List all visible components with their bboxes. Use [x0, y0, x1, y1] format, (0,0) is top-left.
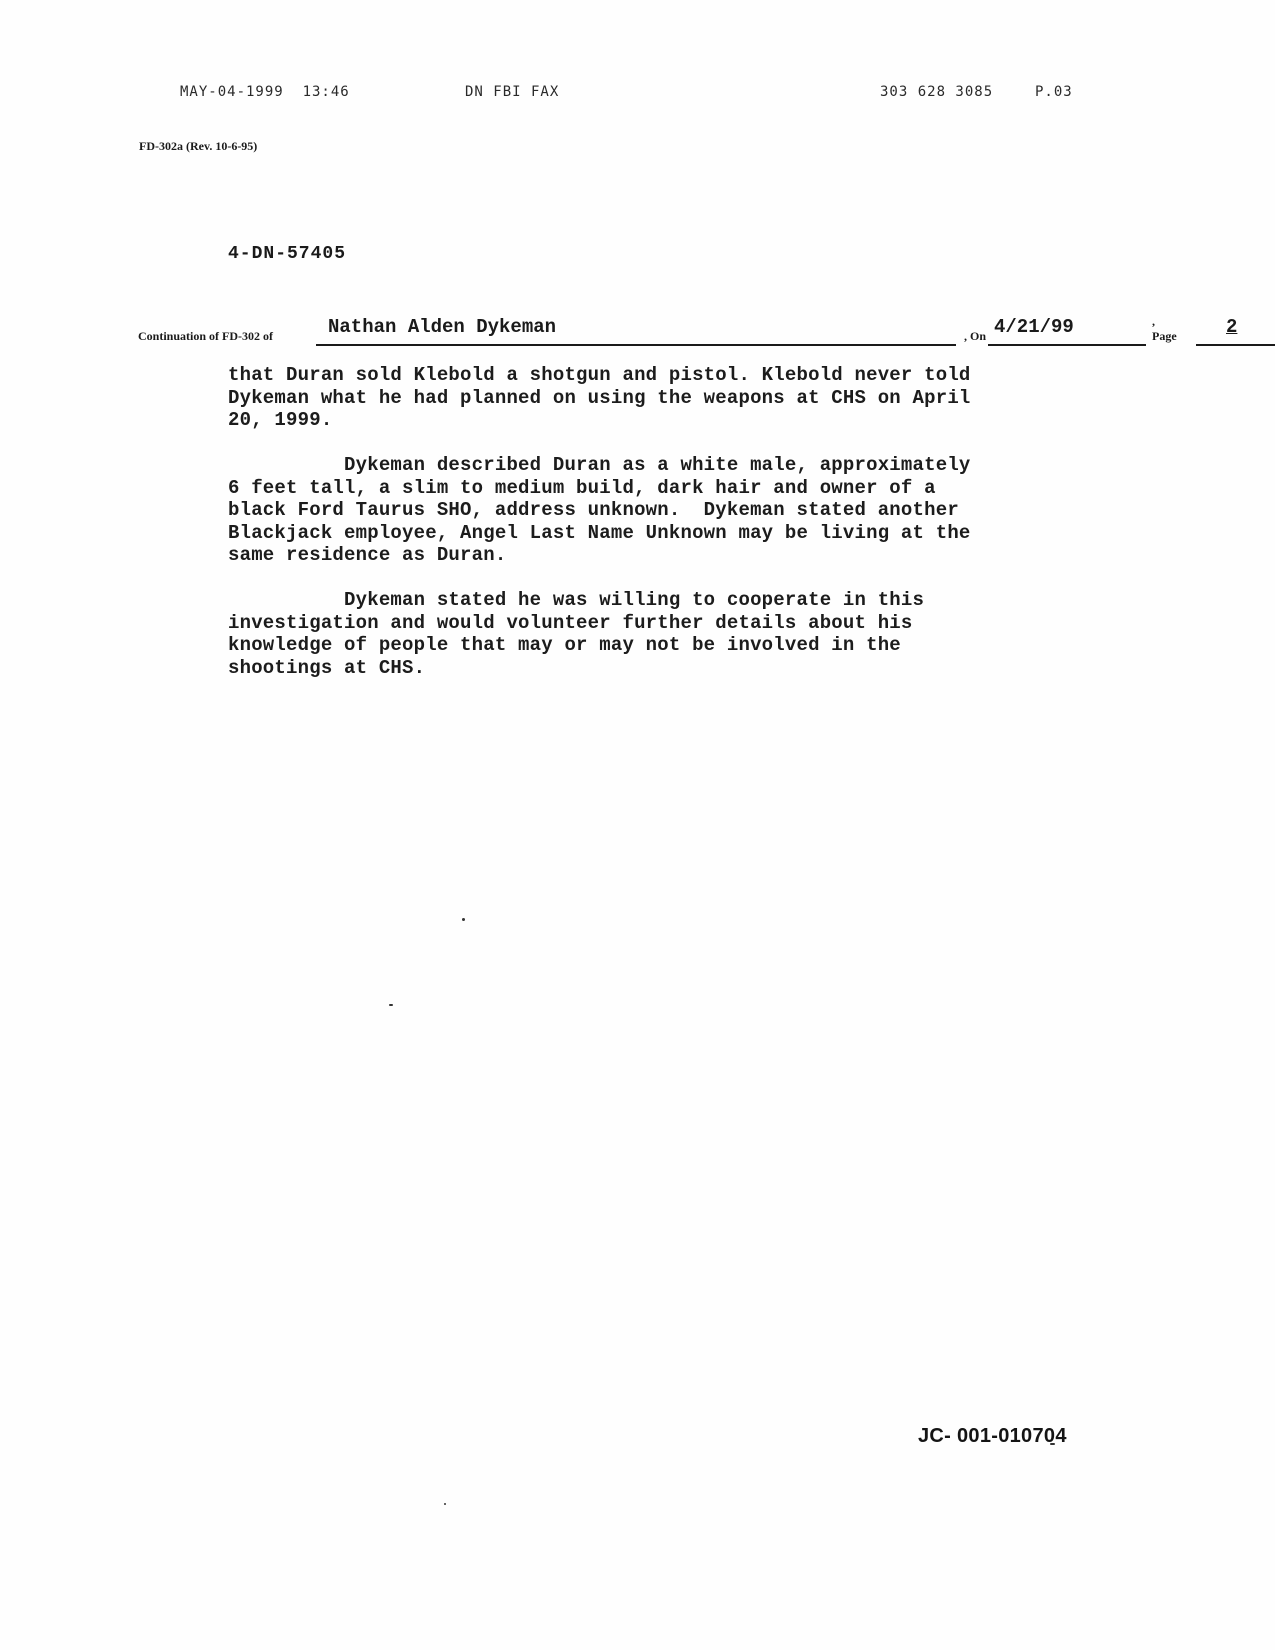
report-paragraph: that Duran sold Klebold a shotgun and pi…	[228, 364, 1088, 432]
page-field: 2	[1196, 318, 1275, 346]
document-page: MAY-04-1999 13:46 DN FBI FAX 303 628 308…	[0, 0, 1275, 1650]
page-number: 2	[1226, 316, 1237, 338]
fax-datetime: MAY-04-1999 13:46	[180, 84, 350, 100]
form-revision: FD-302a (Rev. 10-6-95)	[139, 139, 257, 154]
report-line: knowledge of people that may or may not …	[228, 634, 1088, 657]
report-line: Dykeman described Duran as a white male,…	[228, 454, 1088, 477]
report-line: investigation and would volunteer furthe…	[228, 612, 1088, 635]
report-line: 20, 1999.	[228, 409, 1088, 432]
date-field: 4/21/99	[988, 318, 1146, 346]
fax-phone-number: 303 628 3085	[880, 84, 993, 100]
date-label: , On	[964, 329, 986, 344]
scan-speck	[462, 918, 465, 921]
report-line: same residence as Duran.	[228, 544, 1088, 567]
fax-transmission-header: MAY-04-1999 13:46 DN FBI FAX 303 628 308…	[0, 84, 1275, 108]
subject-field: Nathan Alden Dykeman	[316, 318, 956, 346]
report-body: that Duran sold Klebold a shotgun and pi…	[228, 364, 1088, 702]
page-label: , Page	[1152, 314, 1177, 344]
report-line: Dykeman stated he was willing to coopera…	[228, 589, 1088, 612]
scan-speck	[389, 1004, 393, 1006]
subject-name: Nathan Alden Dykeman	[328, 316, 556, 338]
report-paragraph: Dykeman stated he was willing to coopera…	[228, 589, 1088, 679]
report-line: 6 feet tall, a slim to medium build, dar…	[228, 477, 1088, 500]
interview-date: 4/21/99	[994, 316, 1074, 338]
continuation-line: Continuation of FD-302 of Nathan Alden D…	[138, 318, 1148, 348]
fax-page-number: P.03	[1035, 84, 1073, 100]
report-line: shootings at CHS.	[228, 657, 1088, 680]
continuation-label: Continuation of FD-302 of	[138, 329, 273, 344]
file-number: 4-DN-57405	[228, 244, 346, 264]
report-line: Dykeman what he had planned on using the…	[228, 387, 1088, 410]
report-line: that Duran sold Klebold a shotgun and pi…	[228, 364, 1088, 387]
report-paragraph: Dykeman described Duran as a white male,…	[228, 454, 1088, 567]
report-line: Blackjack employee, Angel Last Name Unkn…	[228, 522, 1088, 545]
report-line: black Ford Taurus SHO, address unknown. …	[228, 499, 1088, 522]
bates-number-stamp: JC- 001-010704	[918, 1425, 1067, 1448]
scan-speck	[444, 1503, 446, 1505]
fax-sender: DN FBI FAX	[465, 84, 559, 100]
